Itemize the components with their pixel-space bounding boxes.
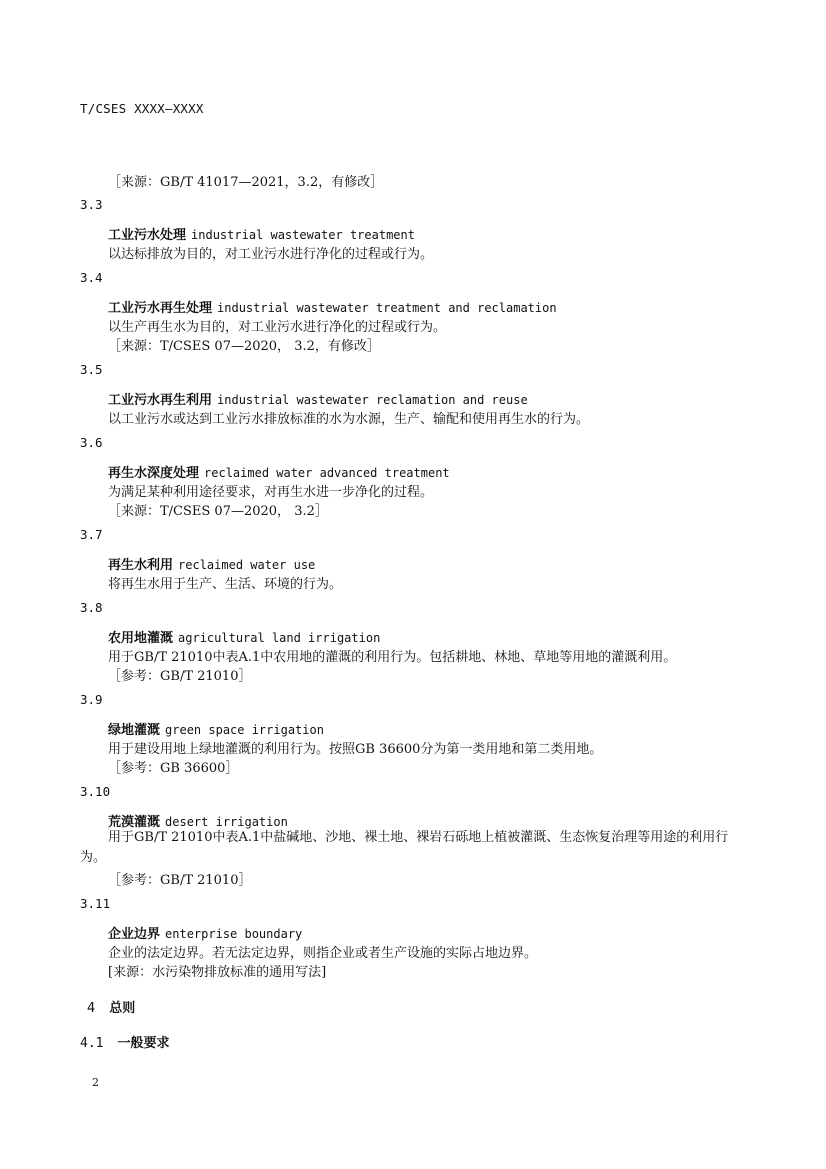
source-note: ［参考：GB/T 21010］ [108,869,251,888]
term-heading: 工业污水再生处理industrial wastewater treatment … [108,297,557,316]
term-zh: 工业污水再生利用 [108,393,212,408]
term-zh: 再生水利用 [108,558,173,573]
term-heading: 绿地灌溉green space irrigation [108,719,324,738]
entry-number: 3.3 [80,197,103,212]
entry-number: 3.8 [80,600,103,615]
chapter-title: 总则 [109,1001,135,1016]
term-heading: 农用地灌溉agricultural land irrigation [108,627,380,646]
page-number: 2 [92,1076,99,1089]
term-definition: 以生产再生水为目的，对工业污水进行净化的过程或行为。 [108,316,446,335]
source-note: ［来源：T/CSES 07—2020， 3.2］ [108,500,328,519]
source-note: ［来源：T/CSES 07—2020， 3.2，有修改］ [108,335,380,354]
document-code-header: T/CSES XXXX—XXXX [80,101,204,116]
term-heading: 企业边界enterprise boundary [108,923,302,942]
entry-number: 3.9 [80,692,103,707]
term-zh: 工业污水再生处理 [108,301,212,316]
source-note: ［参考：GB/T 21010］ [108,665,251,684]
section-number: 4.1 [80,1036,103,1051]
term-en: reclaimed water use [178,558,315,572]
term-definition: 将再生水用于生产、生活、环境的行为。 [108,573,342,592]
term-heading: 工业污水再生利用industrial wastewater reclamatio… [108,389,528,408]
section-heading: 4.1一般要求 [80,1032,170,1051]
source-note: ［来源：GB/T 41017—2021，3.2，有修改］ [108,171,383,190]
term-en: green space irrigation [165,723,324,737]
term-en: industrial wastewater treatment [191,228,415,242]
term-en: reclaimed water advanced treatment [204,466,450,480]
chapter-number: 4 [87,1001,95,1016]
term-zh: 工业污水处理 [108,228,186,243]
term-zh: 再生水深度处理 [108,466,199,481]
term-heading: 再生水深度处理reclaimed water advanced treatmen… [108,462,450,481]
term-definition: 企业的法定边界。若无法定边界，则指企业或者生产设施的实际占地边界。 [108,942,537,961]
term-definition: 用于建设用地上绿地灌溉的利用行为。按照GB 36600分为第一类用地和第二类用地… [108,738,602,757]
term-heading: 工业污水处理industrial wastewater treatment [108,224,415,243]
document-page: T/CSES XXXX—XXXX ［来源：GB/T 41017—2021，3.2… [0,0,826,1169]
term-zh: 绿地灌溉 [108,723,160,738]
term-zh: 企业边界 [108,927,160,942]
chapter-heading: 4总则 [87,997,135,1016]
entry-number: 3.11 [80,896,110,911]
term-en: desert irrigation [165,815,288,829]
entry-number: 3.4 [80,270,103,285]
term-zh: 农用地灌溉 [108,631,173,646]
term-definition: 用于GB/T 21010中表A.1中农用地的灌溉的利用行为。包括耕地、林地、草地… [108,646,676,665]
term-definition: 以达标排放为目的，对工业污水进行净化的过程或行为。 [108,243,433,262]
term-en: agricultural land irrigation [178,631,380,645]
term-en: enterprise boundary [165,927,302,941]
term-definition: 用于GB/T 21010中表A.1中盐碱地、沙地、裸土地、裸岩石砾地上植被灌溉、… [80,828,730,868]
term-definition: 以工业污水或达到工业污水排放标准的水为水源，生产、输配和使用再生水的行为。 [108,408,589,427]
section-title: 一般要求 [117,1036,169,1051]
term-en: industrial wastewater reclamation and re… [217,393,528,407]
entry-number: 3.7 [80,527,103,542]
term-en: industrial wastewater treatment and recl… [217,301,557,315]
term-definition: 为满足某种利用途径要求，对再生水进一步净化的过程。 [108,481,433,500]
entry-number: 3.6 [80,435,103,450]
entry-number: 3.5 [80,362,103,377]
source-note: ［参考：GB 36600］ [108,757,238,776]
entry-number: 3.10 [80,784,110,799]
term-heading: 再生水利用reclaimed water use [108,554,315,573]
source-note: [来源：水污染物排放标准的通用写法] [108,961,326,980]
